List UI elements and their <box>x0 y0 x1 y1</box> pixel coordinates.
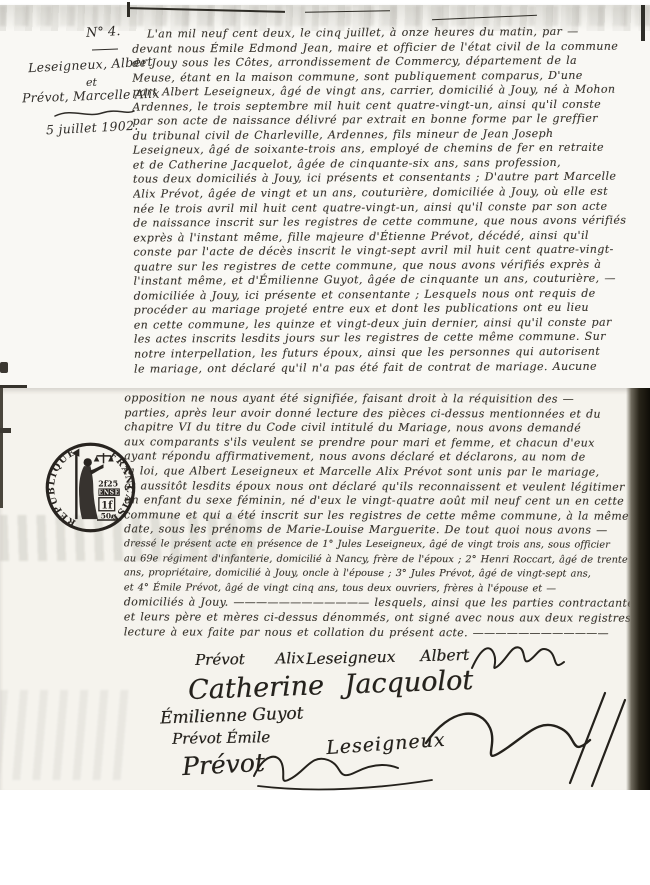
scan-edge-mark <box>0 362 8 373</box>
stamp-value-top: 2f25 <box>98 480 118 489</box>
strikethrough-stroke <box>127 2 130 17</box>
act-text-line: opposition ne nous ayant été signifiée, … <box>124 391 630 407</box>
act-text-line: parties, après leur avoir donné lecture … <box>124 406 630 422</box>
scan-seam-mark <box>0 385 27 388</box>
act-body-page1: L'an mil neuf cent deux, le cinq juillet… <box>132 24 649 379</box>
act-text-line: et leurs père et mères ci-dessus dénommé… <box>124 610 630 626</box>
republique-francaise-revenue-stamp: RÉPUBLIQUE FRANÇAISE 2f25 ENSE 1f 50c <box>44 441 137 534</box>
act-text-line: et 4° Émile Prévot, âgé de vingt cinq an… <box>124 581 630 597</box>
scan-edge-mark <box>0 388 3 508</box>
stamp-value-bottom: 50c <box>101 512 116 521</box>
signature-prevot-alix: Prévot Alix <box>195 649 305 669</box>
act-text-line: un enfant du sexe féminin, né d'eux le v… <box>124 493 630 509</box>
act-text-line: au 69e régiment d'infanterie, domicilié … <box>124 552 630 568</box>
signature-paraph-icon <box>468 638 568 680</box>
stamp-arc-left-text: RÉPUBLIQUE <box>46 447 78 528</box>
stamp-value-band: ENSE <box>98 490 119 497</box>
signature-paraph-icon <box>248 742 438 794</box>
signature-paraph-icon <box>420 688 630 788</box>
scan-edge-shadow <box>626 388 650 790</box>
act-text-line: domiciliés à Jouy. ———————————— lesquels… <box>124 596 630 612</box>
scan-edge-mark <box>0 428 11 433</box>
act-text-line: le mariage, ont déclaré qu'il n'a pas ét… <box>134 359 649 377</box>
act-text-line: dressé le présent acte en présence de 1°… <box>124 537 630 553</box>
scanned-marriage-record: N° 4. Leseigneux, Albert et Prévot, Marc… <box>0 0 650 885</box>
act-text-line: et aussitôt lesdits époux nous ont décla… <box>124 479 630 495</box>
act-text-line: ans, propriétaire, domicilié à Jouy, onc… <box>124 566 630 582</box>
act-text-line: date, sous les prénoms de Marie-Louise M… <box>124 523 630 539</box>
act-body-page2: opposition ne nous ayant été signifiée, … <box>124 391 631 642</box>
act-text-line: commune et qui a été inscrit sur les reg… <box>124 508 630 524</box>
act-text-line: chapitre VI du titre du Code civil intit… <box>124 421 630 437</box>
act-text-line: la loi, que Albert Leseigneux et Marcell… <box>124 464 630 480</box>
act-text-line: ayant répondu affirmativement, nous avon… <box>124 450 630 466</box>
act-number: N° 4. <box>86 24 121 41</box>
stamp-value-main: 1f <box>101 500 113 511</box>
act-text-line: aux comparants s'ils veulent se prendre … <box>124 435 630 451</box>
